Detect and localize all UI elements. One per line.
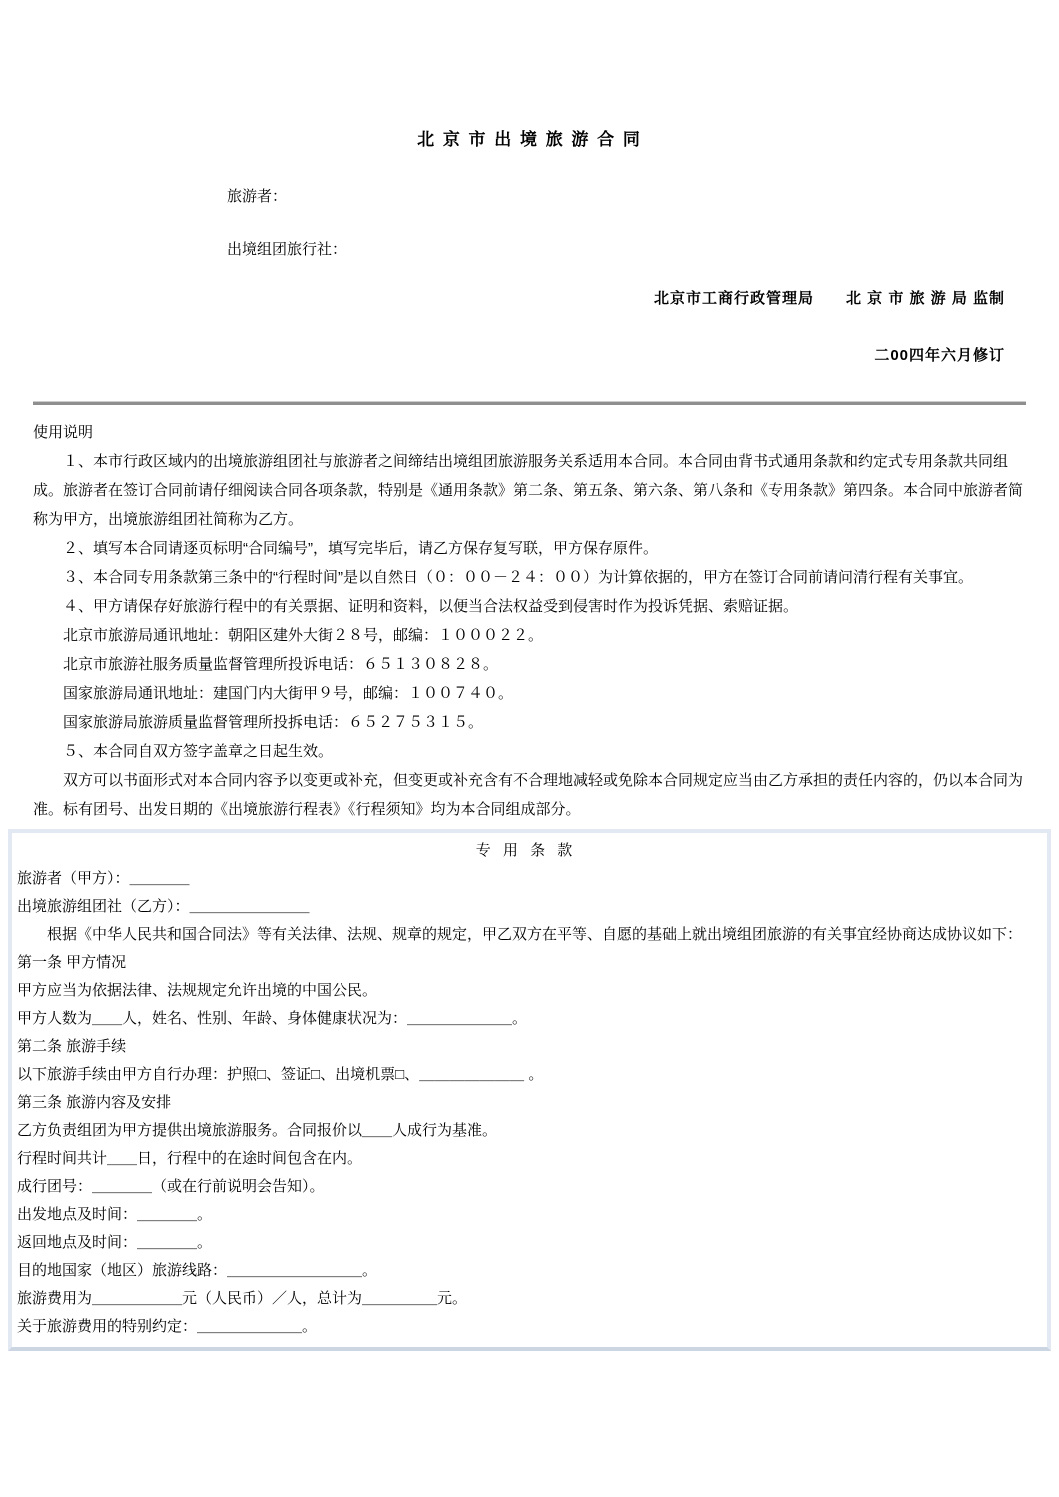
article-3-clause-route: 目的地国家（地区）旅游线路：＿＿＿＿＿＿＿＿＿。 [17,1257,1035,1285]
article-3-clause-duration: 行程时间共计＿＿日，行程中的在途时间包含在内。 [17,1145,1035,1173]
agency-label: 出境组团旅行社： [227,240,1026,260]
special-terms-heading: 专 用 条 款 [17,837,1035,865]
article-3-clause-fee-special-agreement: 关于旅游费用的特别约定：＿＿＿＿＿＿＿。 [17,1313,1035,1341]
national-tourism-bureau-address: 国家旅游局通讯地址：建国门内大街甲９号，邮编：１００７４０。 [33,679,1026,708]
agreement-basis-paragraph: 根据《中华人民共和国合同法》等有关法律、法规、规章的规定，甲乙双方在平等、自愿的… [17,921,1035,949]
national-complaint-phone: 国家旅游局旅游质量监督管理所投拆电话：６５２７５３１５。 [33,708,1026,737]
document-title: 北 京 市 出 境 旅 游 合 同 [33,130,1026,150]
article-1-heading: 第一条 甲方情况 [17,949,1035,977]
article-3-clause-fees: 旅游费用为＿＿＿＿＿＿元（人民币）／人，总计为＿＿＿＿＿元。 [17,1285,1035,1313]
article-3-clause-group-number: 成行团号：＿＿＿＿（或在行前说明会告知）。 [17,1173,1035,1201]
article-2-clause-procedures: 以下旅游手续由甲方自行办理：护照□、签证□、出境机票□、＿＿＿＿＿＿＿ 。 [17,1061,1035,1089]
party-b-blank-line: 出境旅游组团社（乙方）：＿＿＿＿＿＿＿＿ [17,893,1035,921]
usage-note-4: ４、甲方请保存好旅游行程中的有关票据、证明和资料，以便当合法权益受到侵害时作为投… [33,592,1026,621]
article-3-heading: 第三条 旅游内容及安排 [17,1089,1035,1117]
usage-note-5: ５、本合同自双方签字盖章之日起生效。 [33,737,1026,766]
special-terms-box: 专 用 条 款 旅游者（甲方）：＿＿＿＿ 出境旅游组团社（乙方）：＿＿＿＿＿＿＿… [8,829,1051,1351]
article-1-clause-citizen: 甲方应当为依据法律、法规规定允许出境的中国公民。 [17,977,1035,1005]
article-3-clause-return: 返回地点及时间：＿＿＿＿。 [17,1229,1035,1257]
usage-note-2: ２、填写本合同请逐页标明“合同编号”，填写完毕后，请乙方保存复写联，甲方保存原件… [33,534,1026,563]
usage-notes-heading: 使用说明 [33,418,1026,447]
usage-note-amendment: 双方可以书面形式对本合同内容予以变更或补充，但变更或补充含有不合理地减轻或免除本… [33,766,1026,824]
section-divider [33,401,1026,405]
usage-note-3: ３、本合同专用条款第三条中的“行程时间”是以自然日（０：００－２４：００）为计算… [33,563,1026,592]
article-1-clause-headcount: 甲方人数为＿＿人，姓名、性别、年龄、身体健康状况为：＿＿＿＿＿＿＿。 [17,1005,1035,1033]
beijing-tourism-bureau-address: 北京市旅游局通讯地址：朝阳区建外大街２８号，邮编：１０００２２。 [33,621,1026,650]
article-2-heading: 第二条 旅游手续 [17,1033,1035,1061]
article-3-clause-departure: 出发地点及时间：＿＿＿＿。 [17,1201,1035,1229]
article-3-clause-service: 乙方负责组团为甲方提供出境旅游服务。合同报价以＿＿人成行为基准。 [17,1117,1035,1145]
supervising-authorities: 北京市工商行政管理局 北 京 市 旅 游 局 监制 [33,289,1026,309]
usage-note-1: １、本市行政区域内的出境旅游组团社与旅游者之间缔结出境组团旅游服务关系适用本合同… [33,447,1026,534]
contract-document: 北 京 市 出 境 旅 游 合 同 旅游者： 出境组团旅行社： 北京市工商行政管… [0,0,1059,1351]
beijing-complaint-phone: 北京市旅游社服务质量监督管理所投诉电话：６５１３０８２８。 [33,650,1026,679]
traveler-label: 旅游者： [227,187,1026,207]
revision-date: 二00四年六月修订 [33,346,1026,366]
party-a-blank-line: 旅游者（甲方）：＿＿＿＿ [17,865,1035,893]
